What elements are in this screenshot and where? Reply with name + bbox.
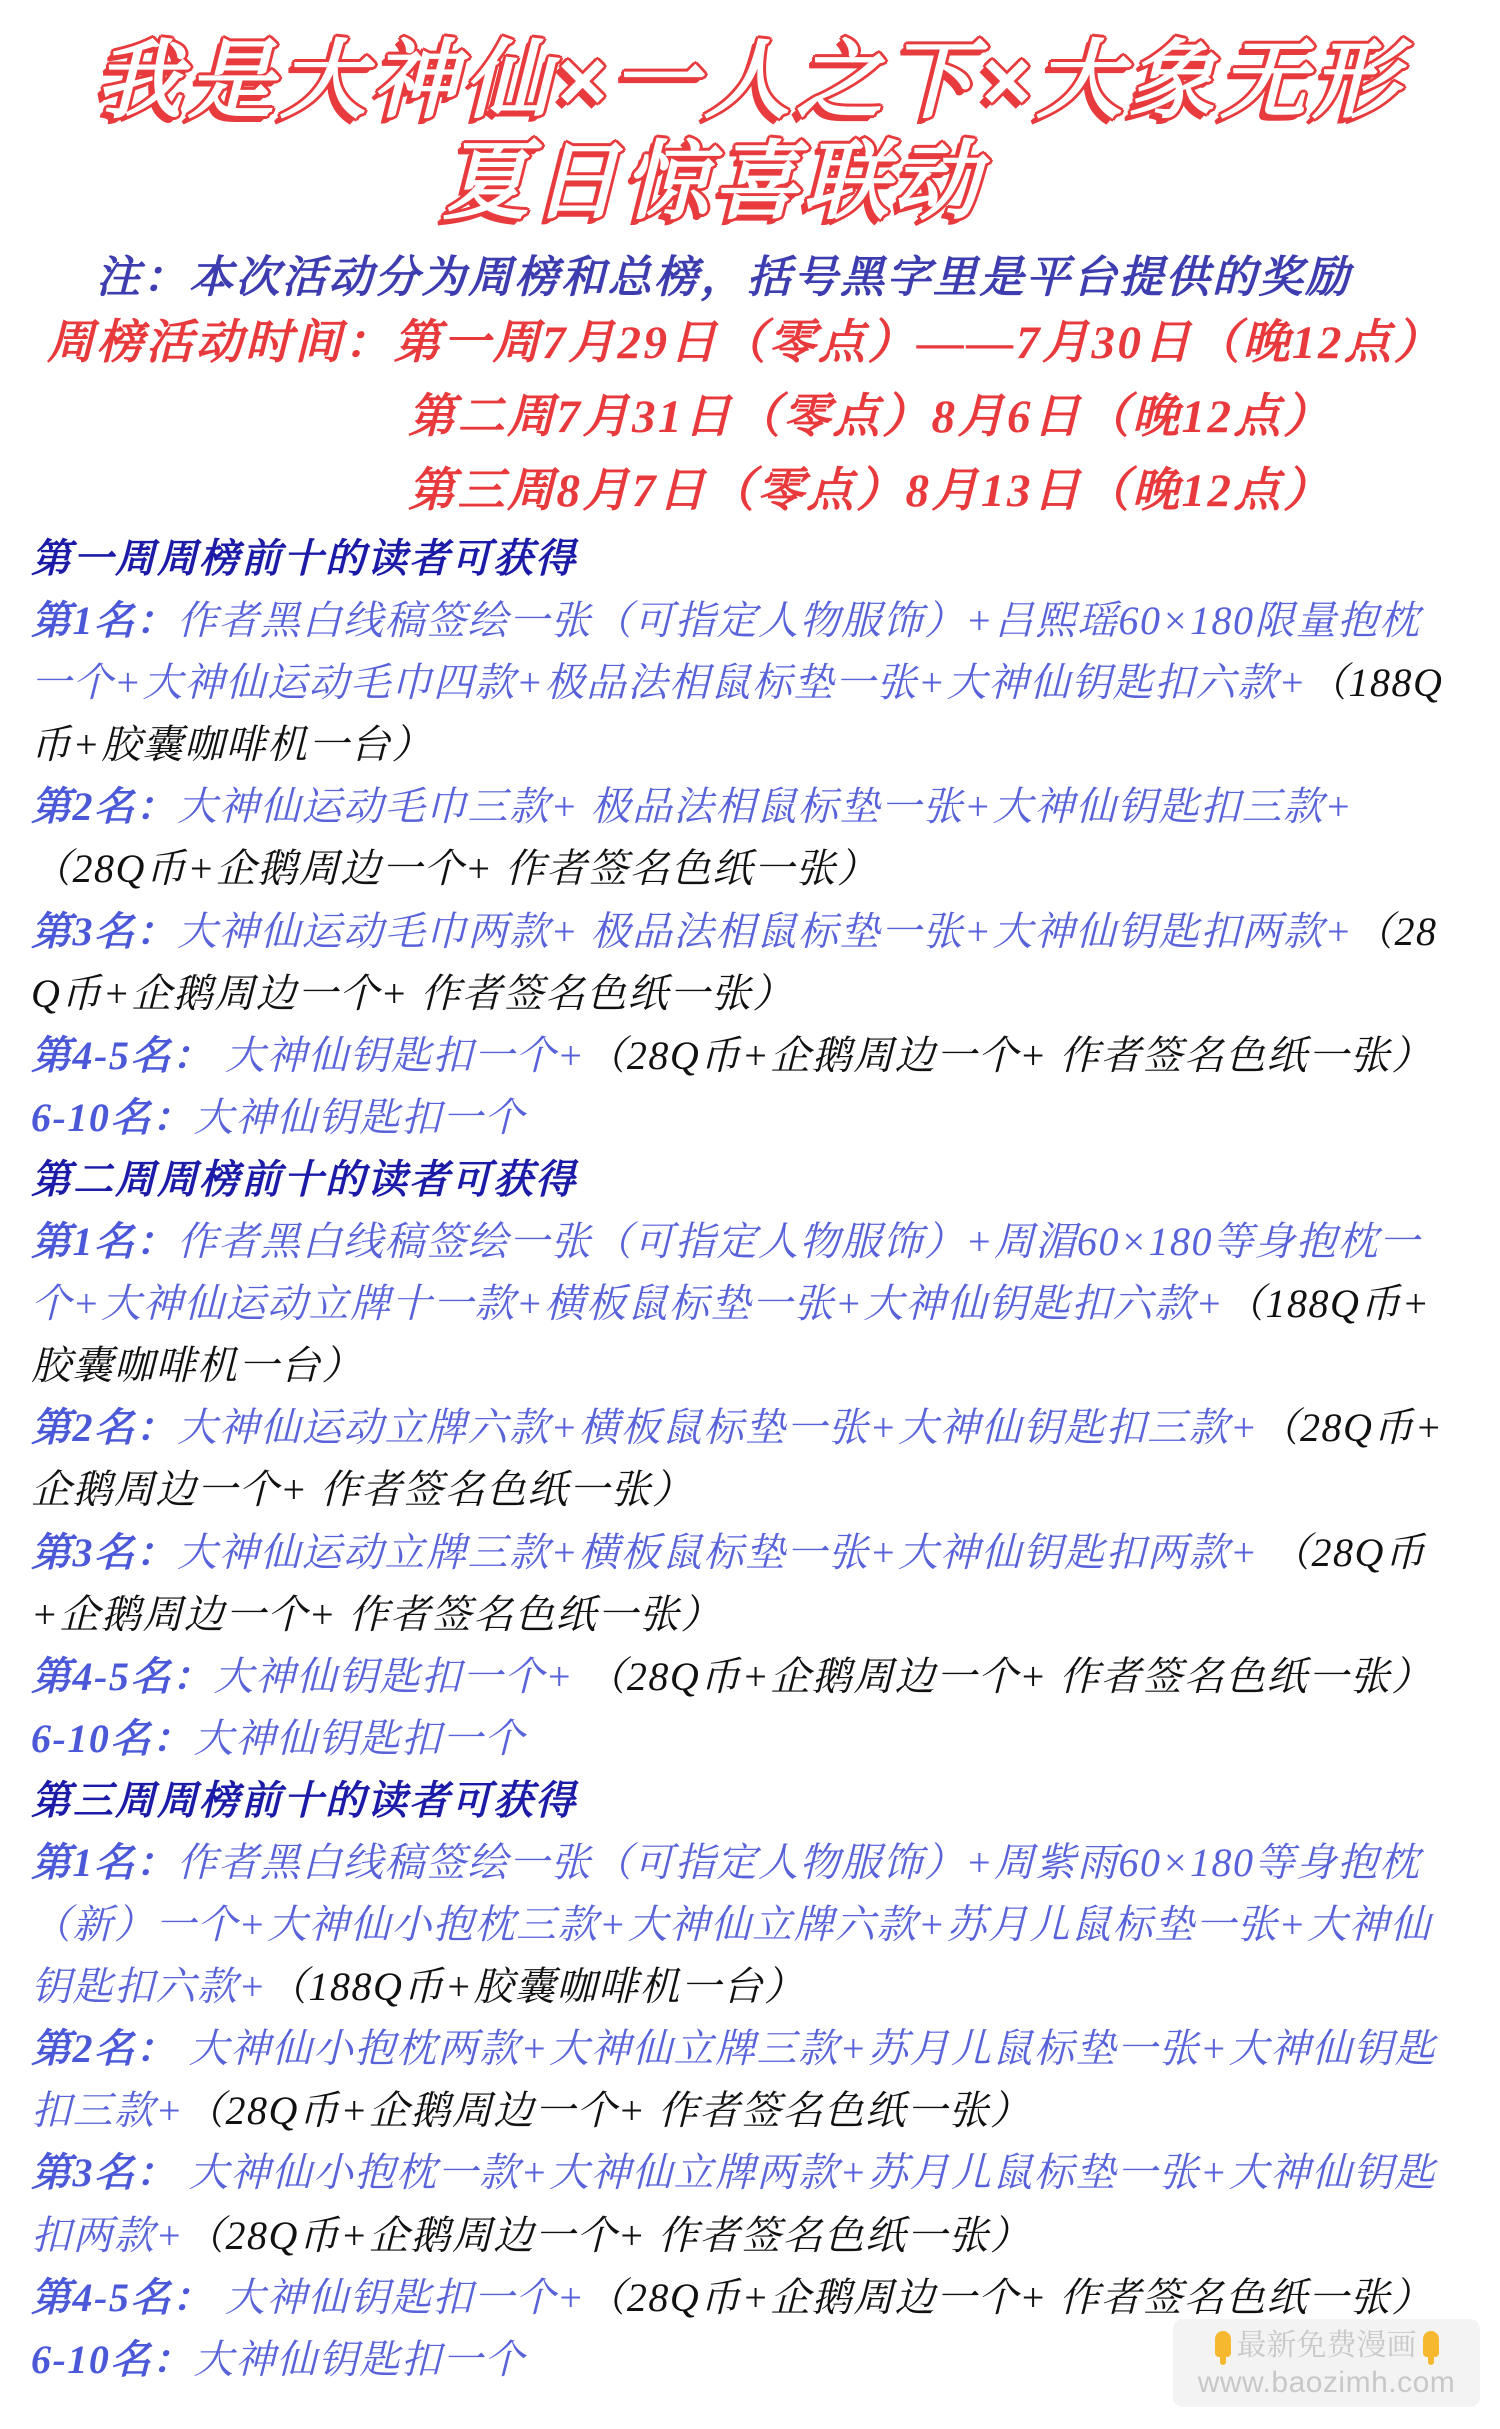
platform-prize: 币+胶囊咖啡机一台） <box>31 722 433 767</box>
reward-line: （28Q币+企鹅周边一个+ 作者签名色纸一张） <box>31 838 1481 900</box>
platform-prize: （28Q币+企鹅周边一个+ 作者签名色纸一张） <box>585 1033 1432 1078</box>
platform-prize: （28Q币+企鹅周边一个+ 作者签名色纸一张） <box>184 2213 1031 2258</box>
author-prize: 作者黑白线稿签绘一张（可指定人物服饰）+周湄60×180等身抱枕一 <box>177 1219 1420 1264</box>
pointing-down-hand-icon <box>1423 2331 1439 2357</box>
platform-prize: 企鹅周边一个+ 作者签名色纸一张） <box>31 1467 694 1512</box>
reward-line: 个+大神仙运动立牌十一款+横板鼠标垫一张+大神仙钥匙扣六款+（188Q币+ <box>31 1273 1481 1335</box>
platform-prize: （188Q <box>1307 660 1443 705</box>
watermark-text: 最新免费漫画 <box>1237 2320 1417 2364</box>
rank-label: 第1名： <box>31 1840 177 1885</box>
poster-title: 我是大神仙×一人之下×大象无形 <box>0 36 1500 126</box>
author-prize: 扣三款+ <box>31 2088 184 2133</box>
reward-line: Q币+企鹅周边一个+ 作者签名色纸一张） <box>31 963 1481 1025</box>
schedule-week-1: 周榜活动时间：第一周7月29日（零点）——7月30日（晚12点） <box>47 313 1443 373</box>
author-prize: 大神仙小抱枕两款+大神仙立牌三款+苏月儿鼠标垫一张+大神仙钥匙 <box>177 2026 1436 2071</box>
platform-prize: （28Q币+企鹅周边一个+ 作者签名色纸一张） <box>574 1654 1433 1699</box>
schedule-week-2: 第二周7月31日（零点）8月6日（晚12点） <box>408 387 1333 447</box>
poster-subtitle: 夏日惊喜联动 <box>443 137 983 227</box>
reward-line: 第1名：作者黑白线稿签绘一张（可指定人物服饰）+吕熙瑶60×180限量抱枕 <box>31 590 1481 652</box>
rank-label: 第1名： <box>31 1219 177 1264</box>
week-3-heading: 第三周周榜前十的读者可获得 <box>31 1770 1481 1832</box>
event-note: 注：本次活动分为周榜和总榜，括号黑字里是平台提供的奖励 <box>96 253 1352 303</box>
author-prize: 大神仙钥匙扣一个+ <box>213 1033 585 1078</box>
platform-prize: （188Q币+ <box>1224 1281 1430 1326</box>
reward-line: 6-10名：大神仙钥匙扣一个 <box>31 1087 1481 1149</box>
rank-label: 第1名： <box>31 598 177 643</box>
platform-prize: （28 <box>1353 909 1438 954</box>
platform-prize: 胶囊咖啡机一台） <box>31 1343 363 1388</box>
reward-line: 第4-5名：大神仙钥匙扣一个+ （28Q币+企鹅周边一个+ 作者签名色纸一张） <box>31 1646 1481 1708</box>
reward-line: 一个+大神仙运动毛巾四款+极品法相鼠标垫一张+大神仙钥匙扣六款+（188Q <box>31 652 1481 714</box>
site-watermark: 最新免费漫画 www.baozimh.com <box>1173 2319 1480 2407</box>
platform-prize: （28Q币+ <box>1258 1405 1443 1450</box>
reward-line: 钥匙扣六款+（188Q币+胶囊咖啡机一台） <box>31 1956 1481 2018</box>
rank-label: 第3名： <box>31 909 177 954</box>
author-prize: 大神仙运动立牌六款+横板鼠标垫一张+大神仙钥匙扣三款+ <box>177 1405 1258 1450</box>
reward-line: +企鹅周边一个+ 作者签名色纸一张） <box>31 1584 1481 1646</box>
platform-prize: （28Q币+企鹅周边一个+ 作者签名色纸一张） <box>184 2088 1031 2133</box>
author-prize: 大神仙小抱枕一款+大神仙立牌两款+苏月儿鼠标垫一张+大神仙钥匙 <box>177 2150 1436 2195</box>
rank-label: 6-10名： <box>31 1095 193 1140</box>
reward-line: 第2名：大神仙运动立牌六款+横板鼠标垫一张+大神仙钥匙扣三款+（28Q币+ <box>31 1397 1481 1459</box>
schedule-week-3: 第三周8月7日（零点）8月13日（晚12点） <box>408 461 1333 521</box>
pointing-down-hand-icon <box>1215 2331 1231 2357</box>
author-prize: 大神仙钥匙扣一个+ <box>213 1654 574 1699</box>
week-1-heading: 第一周周榜前十的读者可获得 <box>31 528 1481 590</box>
watermark-banner: 最新免费漫画 <box>1173 2319 1480 2365</box>
reward-line: （新）一个+大神仙小抱枕三款+大神仙立牌六款+苏月儿鼠标垫一张+大神仙 <box>31 1894 1481 1956</box>
author-prize: 大神仙钥匙扣一个+ <box>213 2275 585 2320</box>
watermark-url: www.baozimh.com <box>1173 2365 1480 2401</box>
reward-line: 第2名：大神仙运动毛巾三款+ 极品法相鼠标垫一张+大神仙钥匙扣三款+ <box>31 776 1481 838</box>
rank-label: 第4-5名： <box>31 1033 213 1078</box>
platform-prize: （28Q币 <box>1258 1530 1426 1575</box>
platform-prize: +企鹅周边一个+ 作者签名色纸一张） <box>31 1592 722 1637</box>
reward-line: 第3名： 大神仙小抱枕一款+大神仙立牌两款+苏月儿鼠标垫一张+大神仙钥匙 <box>31 2142 1481 2204</box>
platform-prize: Q币+企鹅周边一个+ 作者签名色纸一张） <box>31 971 794 1016</box>
reward-line: 币+胶囊咖啡机一台） <box>31 714 1481 776</box>
reward-line: 第1名：作者黑白线稿签绘一张（可指定人物服饰）+周湄60×180等身抱枕一 <box>31 1211 1481 1273</box>
rank-label: 第2名： <box>31 1405 177 1450</box>
reward-line: 第4-5名： 大神仙钥匙扣一个+（28Q币+企鹅周边一个+ 作者签名色纸一张） <box>31 1025 1481 1087</box>
rank-label: 6-10名： <box>31 2337 193 2382</box>
author-prize: 作者黑白线稿签绘一张（可指定人物服饰）+周紫雨60×180等身抱枕 <box>177 1840 1420 1885</box>
reward-line: 扣三款+（28Q币+企鹅周边一个+ 作者签名色纸一张） <box>31 2080 1481 2142</box>
rank-label: 第3名： <box>31 1530 177 1575</box>
author-prize: 大神仙运动毛巾两款+ 极品法相鼠标垫一张+大神仙钥匙扣两款+ <box>177 909 1353 954</box>
author-prize: 大神仙钥匙扣一个 <box>193 1716 525 1761</box>
rank-label: 第2名： <box>31 2026 177 2071</box>
author-prize: 一个+大神仙运动毛巾四款+极品法相鼠标垫一张+大神仙钥匙扣六款+ <box>31 660 1307 705</box>
platform-prize: （188Q币+胶囊咖啡机一台） <box>267 1964 805 2009</box>
author-prize: 个+大神仙运动立牌十一款+横板鼠标垫一张+大神仙钥匙扣六款+ <box>31 1281 1224 1326</box>
rank-label: 第4-5名： <box>31 2275 213 2320</box>
reward-line: 胶囊咖啡机一台） <box>31 1335 1481 1397</box>
platform-prize: （28Q币+企鹅周边一个+ 作者签名色纸一张） <box>31 846 878 891</box>
rewards-list: 第一周周榜前十的读者可获得 第1名：作者黑白线稿签绘一张（可指定人物服饰）+吕熙… <box>31 528 1481 2391</box>
reward-line: 第3名：大神仙运动立牌三款+横板鼠标垫一张+大神仙钥匙扣两款+ （28Q币 <box>31 1522 1481 1584</box>
rank-label: 第2名： <box>31 784 177 829</box>
reward-line: 扣两款+（28Q币+企鹅周边一个+ 作者签名色纸一张） <box>31 2205 1481 2267</box>
author-prize: 大神仙钥匙扣一个 <box>193 2337 525 2382</box>
reward-line: 6-10名：大神仙钥匙扣一个 <box>31 1708 1481 1770</box>
week-2-heading: 第二周周榜前十的读者可获得 <box>31 1149 1481 1211</box>
rank-label: 第4-5名： <box>31 1654 213 1699</box>
rank-label: 第3名： <box>31 2150 177 2195</box>
platform-prize: （28Q币+企鹅周边一个+ 作者签名色纸一张） <box>585 2275 1432 2320</box>
author-prize: 大神仙运动立牌三款+横板鼠标垫一张+大神仙钥匙扣两款+ <box>177 1530 1258 1575</box>
event-poster: 我是大神仙×一人之下×大象无形 夏日惊喜联动 注：本次活动分为周榜和总榜，括号黑… <box>0 0 1500 2429</box>
author-prize: 钥匙扣六款+ <box>31 1964 267 2009</box>
rank-label: 6-10名： <box>31 1716 193 1761</box>
author-prize: 扣两款+ <box>31 2213 184 2258</box>
reward-line: 第2名： 大神仙小抱枕两款+大神仙立牌三款+苏月儿鼠标垫一张+大神仙钥匙 <box>31 2018 1481 2080</box>
author-prize: 大神仙运动毛巾三款+ 极品法相鼠标垫一张+大神仙钥匙扣三款+ <box>177 784 1353 829</box>
author-prize: 大神仙钥匙扣一个 <box>193 1095 525 1140</box>
author-prize: 作者黑白线稿签绘一张（可指定人物服饰）+吕熙瑶60×180限量抱枕 <box>177 598 1420 643</box>
reward-line: 第3名：大神仙运动毛巾两款+ 极品法相鼠标垫一张+大神仙钥匙扣两款+（28 <box>31 901 1481 963</box>
author-prize: （新）一个+大神仙小抱枕三款+大神仙立牌六款+苏月儿鼠标垫一张+大神仙 <box>31 1902 1431 1947</box>
reward-line: 企鹅周边一个+ 作者签名色纸一张） <box>31 1459 1481 1521</box>
reward-line: 第1名：作者黑白线稿签绘一张（可指定人物服饰）+周紫雨60×180等身抱枕 <box>31 1832 1481 1894</box>
